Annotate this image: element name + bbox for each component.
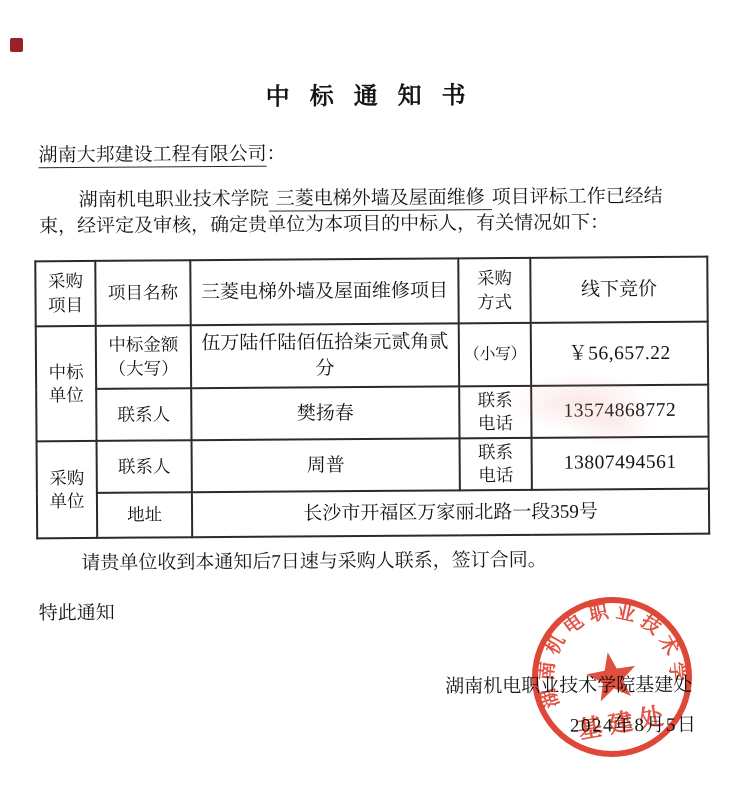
cell-amount-figure-value: ￥56,657.22 bbox=[531, 322, 708, 386]
cell-project-name-label: 项目名称 bbox=[95, 260, 190, 326]
cell-purchaser-contact-label: 联系人 bbox=[97, 440, 192, 493]
intro-prefix: 湖南机电职业技术学院 bbox=[79, 189, 269, 211]
signature-org-line: 湖南机电职业技术学院基建处 bbox=[445, 670, 692, 699]
cell-amount-figure-label: （小写） bbox=[459, 323, 531, 387]
cell-address-value: 长沙市开福区万家丽北路一段359号 bbox=[192, 489, 709, 538]
cell-group-purchaser: 采购 单位 bbox=[37, 441, 98, 539]
cell-method-label: 采购 方式 bbox=[458, 258, 530, 324]
hereby-notify-line: 特此通知 bbox=[39, 598, 115, 626]
table-row-address: 地址 长沙市开福区万家丽北路一段359号 bbox=[37, 489, 709, 539]
addressee-line: 湖南大邦建设工程有限公司： bbox=[38, 139, 285, 168]
cell-award-phone-value: 13574868772 bbox=[531, 385, 708, 438]
cell-purchaser-phone-value: 13807494561 bbox=[532, 437, 709, 490]
signature-date-line: 2024年8月5日 bbox=[570, 710, 698, 738]
cell-award-contact-label: 联系人 bbox=[96, 388, 191, 441]
document-body: 中 标 通 知 书 湖南大邦建设工程有限公司： 湖南机电职业技术学院三菱电梯外墙… bbox=[0, 0, 735, 808]
intro-project-name-underlined: 三菱电梯外墙及屋面维修 bbox=[269, 187, 492, 212]
scan-corner-red-mark bbox=[10, 38, 23, 52]
cell-amount-words-label: 中标金额 （大写） bbox=[96, 325, 191, 389]
cell-group-winning-bidder: 中标 单位 bbox=[36, 326, 97, 442]
table-row-amount: 中标 单位 中标金额 （大写） 伍万陆仟陆佰伍拾柒元贰角贰 分 （小写） ￥56… bbox=[36, 322, 708, 390]
addressee-colon: ： bbox=[266, 144, 285, 165]
closing-notice-line: 请贵单位收到本通知后7日速与采购人联系，签订合同。 bbox=[41, 544, 699, 576]
cell-amount-words-value: 伍万陆仟陆佰伍拾柒元贰角贰 分 bbox=[191, 323, 459, 388]
cell-group-procurement-project: 采购 项目 bbox=[35, 261, 95, 326]
cell-purchaser-contact-name: 周普 bbox=[192, 439, 460, 493]
table-row-award-contact: 联系人 樊扬春 联系 电话 13574868772 bbox=[36, 385, 708, 442]
cell-address-label: 地址 bbox=[97, 493, 192, 539]
cell-award-contact-name: 樊扬春 bbox=[191, 386, 459, 440]
addressee-company-name: 湖南大邦建设工程有限公司 bbox=[38, 144, 266, 169]
award-info-table: 采购 项目 项目名称 三菱电梯外墙及屋面维修项目 采购 方式 线下竞价 中标 单… bbox=[34, 256, 710, 540]
scanned-document-page: 中 标 通 知 书 湖南大邦建设工程有限公司： 湖南机电职业技术学院三菱电梯外墙… bbox=[0, 0, 735, 808]
cell-purchaser-phone-label: 联系 电话 bbox=[460, 438, 532, 491]
cell-project-name-value: 三菱电梯外墙及屋面维修项目 bbox=[190, 258, 458, 325]
intro-line-2: 束，经评定及审核，确定贵单位为本项目的中标人，有关情况如下： bbox=[39, 210, 697, 241]
intro-suffix: 项目评标工作已经结 bbox=[492, 186, 663, 208]
document-title: 中 标 通 知 书 bbox=[0, 73, 733, 113]
table-row-purchaser-contact: 采购 单位 联系人 周普 联系 电话 13807494561 bbox=[37, 437, 709, 494]
cell-method-value: 线下竞价 bbox=[530, 257, 707, 323]
cell-award-phone-label: 联系 电话 bbox=[459, 386, 531, 439]
intro-paragraph: 湖南机电职业技术学院三菱电梯外墙及屋面维修项目评标工作已经结 束，经评定及审核，… bbox=[39, 184, 697, 241]
table-row-header: 采购 项目 项目名称 三菱电梯外墙及屋面维修项目 采购 方式 线下竞价 bbox=[35, 257, 707, 327]
